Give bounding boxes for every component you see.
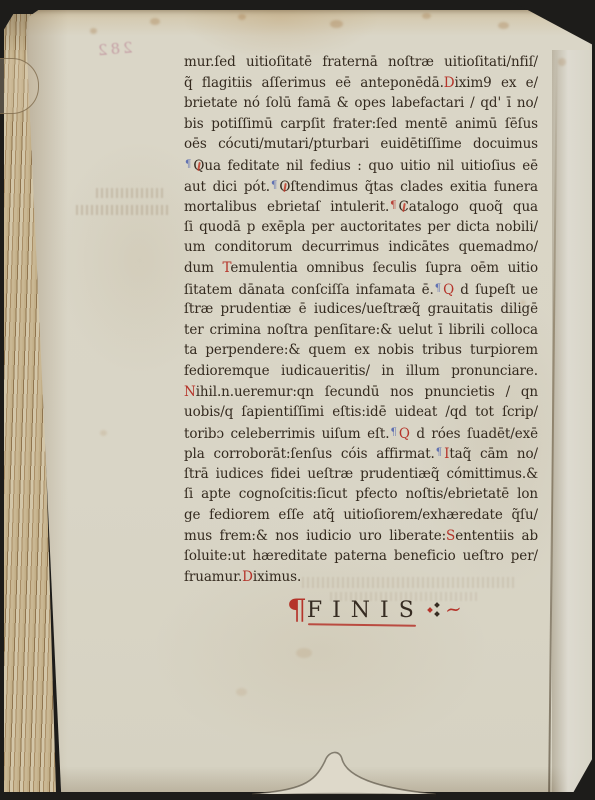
finis-ornament-dots bbox=[428, 603, 439, 616]
text-segment: ter crimina noſtra penſitare:& uelut ī l… bbox=[184, 322, 538, 338]
page-fold-band bbox=[552, 50, 592, 792]
text-segment: aut dici pót. bbox=[184, 179, 270, 195]
rubricated-initial: D bbox=[242, 569, 253, 585]
text-line: ſitatem dānata conſciſſa infamata ē.¶Q d… bbox=[184, 279, 538, 300]
ornament-dot bbox=[434, 602, 440, 608]
text-segment: ta perpendere:& quem ex nobis tribus tur… bbox=[184, 342, 538, 358]
finis-underline bbox=[308, 623, 416, 627]
foxing-stain bbox=[422, 13, 431, 19]
text-segment: ententiis ab bbox=[455, 528, 538, 544]
rubric-stroked-capital: Q bbox=[193, 158, 204, 174]
text-segment: ſtrā iudices fidei ueſtræ prudentiæq̃ có… bbox=[184, 466, 538, 482]
text-line: uobis/q ſapientiſſimi eſtis:idē uideat /… bbox=[184, 402, 538, 423]
colophon-finis: ¶ FINIS ∼ bbox=[288, 595, 462, 627]
text-segment: ua feditate nil fedius : quo uitio nil u… bbox=[204, 158, 538, 174]
text-segment: mortalibus ebrietaſ intulerit. bbox=[184, 199, 389, 215]
text-segment: bis potiſſimū carpſit frater:ſed mentē a… bbox=[184, 116, 538, 132]
rubric-stroked-capital: O bbox=[279, 179, 290, 195]
text-segment: ſitatem dānata conſciſſa infamata ē. bbox=[184, 282, 434, 298]
text-line: dum Temulentia omnibus ſeculis ſupra oēm… bbox=[184, 258, 538, 279]
text-segment: fedioremque iudicaueritis/ in illum pron… bbox=[184, 363, 538, 379]
rubric-stroked-capital: C bbox=[399, 199, 409, 215]
finis-ornament-tilde: ∼ bbox=[444, 598, 463, 620]
foxing-stain bbox=[100, 430, 107, 436]
rubricated-initial: S bbox=[446, 528, 455, 544]
foxing-stain bbox=[330, 20, 343, 28]
text-line: ſi quodā p exēpla per auctoritates per d… bbox=[184, 217, 538, 238]
text-segment: emulentia omnibus ſeculis ſupra oēm uiti… bbox=[230, 260, 538, 276]
text-line: um conditorum decurrimus indicātes quema… bbox=[184, 237, 538, 258]
foxing-stain bbox=[236, 688, 247, 696]
text-line: fruamur.Diximus. bbox=[184, 567, 538, 588]
text-segment: mus frem:& nos iudicio uro liberate: bbox=[184, 528, 446, 544]
finis-label: FINIS bbox=[307, 598, 424, 623]
rubricated-initial: Q bbox=[443, 282, 454, 298]
text-line: aut dici pót.¶Oſtendimus q̃tas clades ex… bbox=[184, 176, 538, 197]
text-segment: uobis/q ſapientiſſimi eſtis:idē uideat /… bbox=[184, 404, 538, 420]
paraph-mark-blue: ¶ bbox=[435, 283, 441, 294]
text-line: ter crimina noſtra penſitare:& uelut ī l… bbox=[184, 320, 538, 341]
paraph-mark-blue: ¶ bbox=[271, 180, 277, 191]
rubricated-initial: Q bbox=[399, 426, 410, 442]
text-line: bis potiſſimū carpſit frater:ſed mentē a… bbox=[184, 114, 538, 135]
ink-bleedthrough bbox=[76, 205, 170, 215]
text-block: mur.ſed uitioſitatē fraternā noſtræ uiti… bbox=[184, 52, 538, 587]
text-segment: ſtræ prudentiæ ē iudices/ueſtræq̃ grauit… bbox=[184, 301, 538, 317]
text-segment: ſi apte cognoſcitis:ſicut pfecto noſtis/… bbox=[184, 486, 538, 502]
text-line: ſi apte cognoſcitis:ſicut pfecto noſtis/… bbox=[184, 484, 538, 505]
text-segment: d róes ſuadēt/exē bbox=[410, 426, 538, 442]
text-segment: taq̃ cām no/ bbox=[449, 446, 538, 462]
handwritten-number: 282 bbox=[94, 38, 133, 59]
text-line: oēs cócuti/mutari/pturbari euidētiſſime … bbox=[184, 134, 538, 155]
text-line: ſtrā iudices fidei ueſtræ prudentiæq̃ có… bbox=[184, 464, 538, 485]
foxing-stain bbox=[296, 648, 312, 658]
text-line: fedioremque iudicaueritis/ in illum pron… bbox=[184, 361, 538, 382]
text-line: ta perpendere:& quem ex nobis tribus tur… bbox=[184, 340, 538, 361]
text-segment: pla corroborāt:ſenſus cóis affirmat. bbox=[184, 446, 435, 462]
text-line: toribɔ celeberrimis uiſum eſt.¶Q d róes … bbox=[184, 423, 538, 444]
rubricated-initial: N bbox=[184, 384, 196, 400]
foxing-stain bbox=[238, 14, 246, 20]
text-line: brietate nó ſolū famā & opes labefactari… bbox=[184, 93, 538, 114]
ornament-dot-red bbox=[427, 607, 433, 613]
text-segment: d ſupeſt ue bbox=[454, 282, 538, 298]
foxing-stain bbox=[498, 22, 509, 29]
paraph-mark-blue: ¶ bbox=[185, 159, 191, 170]
text-line: ¶Qua feditate nil fedius : quo uitio nil… bbox=[184, 155, 538, 176]
text-line: mus frem:& nos iudicio uro liberate:Sent… bbox=[184, 526, 538, 547]
foxing-stain bbox=[90, 28, 97, 34]
text-segment: iximus. bbox=[253, 569, 301, 585]
ornament-dot bbox=[434, 611, 440, 617]
paraph-mark-blue: ¶ bbox=[436, 447, 442, 458]
page-curl bbox=[250, 746, 440, 798]
finis-label-wrap: FINIS bbox=[307, 595, 424, 627]
text-segment: oēs cócuti/mutari/pturbari euidētiſſime … bbox=[184, 136, 538, 152]
text-line: mortalibus ebrietaſ intulerit.¶Catalogo … bbox=[184, 196, 538, 217]
text-segment: ge fediorem eſſe atq̃ uitioſiorem/exhære… bbox=[184, 507, 538, 523]
text-segment: ixim9 ex e/ bbox=[455, 75, 539, 91]
text-segment: atalogo quoq̃ qua bbox=[409, 199, 538, 215]
rubricated-initial: D bbox=[444, 75, 455, 91]
text-segment: dum bbox=[184, 260, 223, 276]
text-segment: ſoluite:ut hæreditate paterna beneficio … bbox=[184, 548, 538, 564]
text-line: ſoluite:ut hæreditate paterna beneficio … bbox=[184, 546, 538, 567]
text-segment: brietate nó ſolū famā & opes labefactari… bbox=[184, 95, 538, 111]
text-line: q̃ flagitiis aſſerimus eē anteponēdā.Dix… bbox=[184, 73, 538, 94]
text-line: pla corroborāt:ſenſus cóis affirmat.¶Ita… bbox=[184, 443, 538, 464]
paraph-mark-red: ¶ bbox=[390, 200, 396, 211]
foxing-stain bbox=[558, 58, 566, 66]
text-segment: mur.ſed uitioſitatē fraternā noſtræ uiti… bbox=[184, 54, 538, 70]
ornament-dot-column bbox=[435, 603, 439, 616]
text-segment: ſtendimus q̃tas clades exitia funera bbox=[290, 179, 538, 195]
text-segment: ſi quodā p exēpla per auctoritates per d… bbox=[184, 219, 538, 235]
text-segment: toribɔ celeberrimis uiſum eſt. bbox=[184, 426, 389, 442]
text-segment: q̃ flagitiis aſſerimus eē anteponēdā. bbox=[184, 75, 444, 91]
text-line: ſtræ prudentiæ ē iudices/ueſtræq̃ grauit… bbox=[184, 299, 538, 320]
photo-background: 282 mur.ſed uitioſitatē fraternā noſtræ … bbox=[0, 0, 595, 800]
text-line: mur.ſed uitioſitatē fraternā noſtræ uiti… bbox=[184, 52, 538, 73]
text-segment: fruamur. bbox=[184, 569, 242, 585]
text-line: ge fediorem eſſe atq̃ uitioſiorem/exhære… bbox=[184, 505, 538, 526]
text-segment: ihil.n.ueremur:qn ſecundū nos pnuncietis… bbox=[196, 384, 538, 400]
pilcrow-mark: ¶ bbox=[287, 595, 308, 625]
foxing-stain bbox=[150, 18, 160, 25]
paraph-mark-blue: ¶ bbox=[390, 427, 396, 438]
text-line: Nihil.n.ueremur:qn ſecundū nos pnuncieti… bbox=[184, 382, 538, 403]
text-segment: um conditorum decurrimus indicātes quema… bbox=[184, 239, 538, 255]
ink-bleedthrough bbox=[96, 188, 164, 198]
